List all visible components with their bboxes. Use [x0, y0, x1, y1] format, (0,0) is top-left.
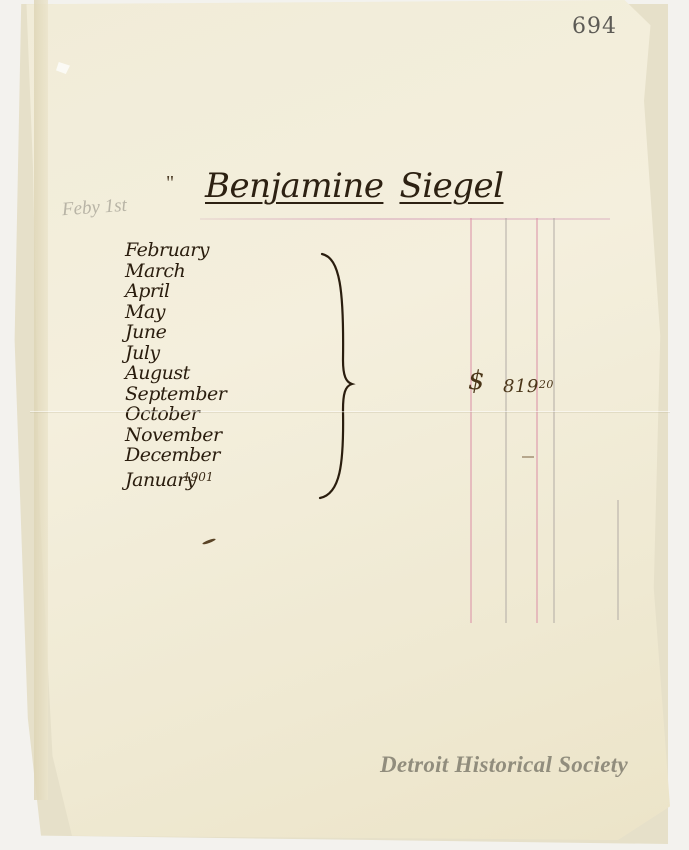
column-rule [553, 218, 555, 623]
amount-cents: 20 [539, 378, 554, 391]
column-rule [617, 500, 619, 620]
month-list: February March April May June July Augus… [125, 240, 226, 490]
month-item: March [125, 261, 226, 282]
pencil-date-note: Feby 1st [61, 195, 127, 221]
ditto-mark: " [166, 172, 174, 195]
column-rule [505, 218, 507, 623]
page-edge [34, 0, 48, 800]
month-item: December [125, 445, 226, 466]
month-item: June [125, 322, 226, 343]
month-item: August [125, 363, 226, 384]
column-rule [470, 218, 472, 623]
last-name: Siegel [399, 166, 503, 206]
dash-mark [522, 456, 534, 458]
month-item: October [125, 404, 226, 425]
fold-crease [30, 411, 670, 412]
month-item: September [125, 384, 226, 405]
amount-value: 81920 [503, 376, 554, 397]
dollar-sign: $ [468, 366, 485, 396]
page-number: 694 [572, 14, 617, 39]
month-item: July [125, 343, 226, 364]
first-name: Benjamine [205, 166, 383, 206]
month-item: February [125, 240, 226, 261]
year-note: 1901 [183, 470, 214, 484]
month-item: November [125, 425, 226, 446]
amount-dollars: 819 [503, 376, 539, 397]
account-name-heading: BenjamineSiegel [205, 166, 504, 206]
column-rule [536, 218, 538, 623]
header-rule [200, 218, 610, 220]
curly-brace-icon [318, 250, 358, 502]
month-item: April [125, 281, 226, 302]
watermark: Detroit Historical Society [380, 752, 628, 778]
month-item: May [125, 302, 226, 323]
